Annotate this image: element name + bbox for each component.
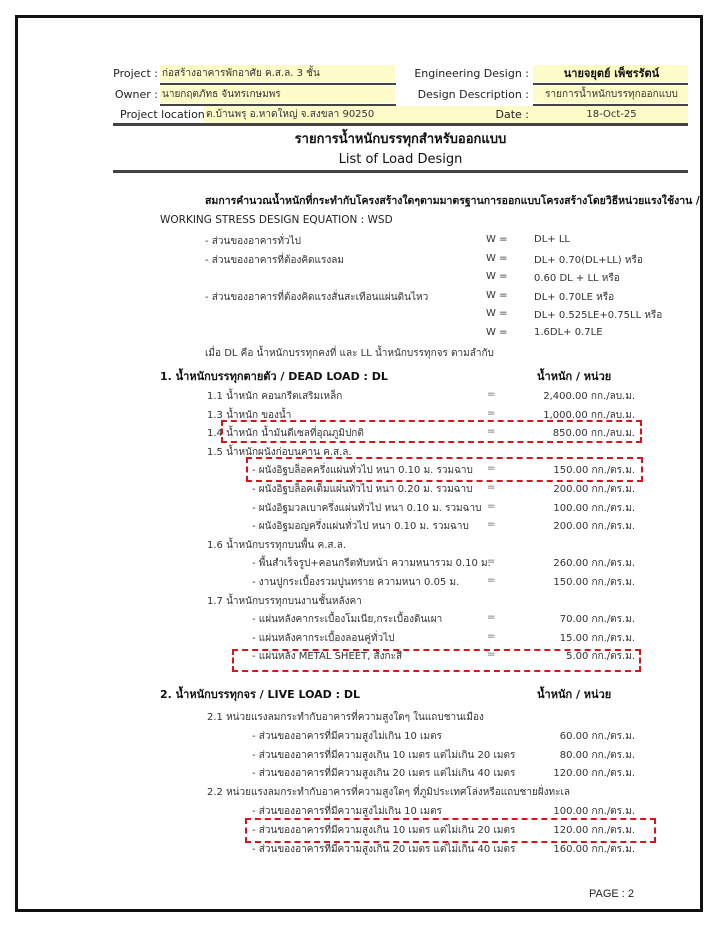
engineer-label: Engineering Design : [400,67,529,80]
equation-lhs: W = [486,308,507,319]
equals-sign: = [487,612,495,623]
equals-sign: = [487,408,495,419]
live-load-item: - ส่วนของอาคารที่มีความสูงเกิน 20 เมตร แ… [252,842,515,857]
dead-load-item: - งานปูกระเบื้องรวมปูนทราย ความหนา 0.05 … [252,575,459,590]
live-load-value: 120.00 กก./ตร.ม. [500,766,635,781]
dead-load-value: 150.00 กก./ตร.ม. [500,575,635,590]
dead-load-value: 2,400.00 กก./ลบ.ม. [500,389,635,404]
dead-load-unit-heading: น้ำหนัก / หน่วย [537,367,611,385]
live-load-heading: 2. น้ำหนักบรรทุกจร / LIVE LOAD : DL [160,685,360,703]
dead-load-value: 200.00 กก./ตร.ม. [500,519,635,534]
equation-rhs: 1.6DL+ 0.7LE [534,327,603,338]
equation-description: - ส่วนของอาคารที่ต้องคิดแรงสั่นสะเทือนแผ… [205,290,428,305]
description-value: รายการน้ำหนักบรรทุกออกแบบ [533,86,688,103]
project-label: Project : [108,67,158,80]
equation-lhs: W = [486,327,507,338]
dead-load-value: 200.00 กก./ตร.ม. [500,482,635,497]
dead-load-item: - ผนังอิฐมอญครึ่งแผ่นทั่วไป หนา 0.10 ม. … [252,519,469,534]
live-load-item: 2.1 หน่วยแรงลมกระทำกับอาคารที่ความสูงใดๆ… [207,710,484,725]
highlight-box-diesel [221,420,642,443]
live-load-item: - ส่วนของอาคารที่มีความสูงไม่เกิน 10 เมต… [252,729,442,744]
dead-load-item: - ผนังอิฐบล็อคเต็มแผ่นทั่วไป หนา 0.20 ม.… [252,482,472,497]
live-load-value: 60.00 กก./ตร.ม. [500,729,635,744]
description-label: Design Description : [400,88,529,101]
highlight-box-wind-10-20m [245,818,656,843]
engineer-underline [533,83,688,85]
dead-load-item: 1.1 น้ำหนัก คอนกรีตเสริมเหล็ก [207,389,342,404]
dead-load-value: 100.00 กก./ตร.ม. [500,501,635,516]
equation-lhs: W = [486,253,507,264]
live-load-item: - ส่วนของอาคารที่มีความสูงไม่เกิน 10 เมต… [252,804,442,819]
definition-note: เมื่อ DL คือ น้ำหนักบรรทุกคงที่ และ LL น… [205,346,494,361]
dead-load-item: - แผ่นหลังคากระเบื้องลอนคู่ทั่วไป [252,631,395,646]
equals-sign: = [487,501,495,512]
dead-load-item: - ผนังอิฐมวลเบาครึ่งแผ่นทั่วไป หนา 0.10 … [252,501,481,516]
equals-sign: = [487,519,495,530]
title-divider [113,170,688,173]
title-english: List of Load Design [113,152,688,167]
dead-load-heading: 1. น้ำหนักบรรทุกตายตัว / DEAD LOAD : DL [160,367,388,385]
dead-load-item: - แผ่นหลังคากระเบื้องโมเนีย,กระเบื้องดิน… [252,612,442,627]
equals-sign: = [487,575,495,586]
equation-rhs: DL+ LL [534,234,570,245]
dead-load-item: - พื้นสำเร็จรูป+คอนกรีตทับหน้า ความหนารว… [252,556,491,571]
owner-value: นายกฤตภัทธ จันทรเกษมพร [160,86,395,103]
equation-rhs: DL+ 0.70(DL+LL) หรือ [534,253,643,268]
header-divider [113,123,688,126]
owner-label: Owner : [108,88,158,101]
location-label: Project location : [120,108,212,121]
live-load-value: 80.00 กก./ตร.ม. [500,748,635,763]
live-load-unit-heading: น้ำหนัก / หน่วย [537,685,611,703]
live-load-item: - ส่วนของอาคารที่มีความสูงเกิน 20 เมตร แ… [252,766,515,781]
intro-english: WORKING STRESS DESIGN EQUATION : WSD [160,214,393,226]
equation-rhs: 0.60 DL + LL หรือ [534,271,620,286]
live-load-value: 100.00 กก./ตร.ม. [500,804,635,819]
highlight-box-metal-sheet [232,649,641,672]
intro-thai: สมการคำนวณน้ำหนักที่กระทำกับโครงสร้างใดๆ… [205,192,700,209]
equals-sign: = [487,482,495,493]
equation-rhs: DL+ 0.525LE+0.75LL หรือ [534,308,662,323]
highlight-box-block-wall [246,457,643,482]
project-value: ก่อสร้างอาคารพักอาศัย ค.ส.ล. 3 ชั้น [160,65,395,82]
live-load-value: 160.00 กก./ตร.ม. [500,842,635,857]
dead-load-value: 260.00 กก./ตร.ม. [500,556,635,571]
date-value: 18-Oct-25 [533,106,688,123]
equation-description: - ส่วนของอาคารที่ต้องคิดแรงลม [205,253,344,268]
equation-lhs: W = [486,271,507,282]
date-label: Date : [470,108,529,121]
equals-sign: = [487,556,495,567]
equation-lhs: W = [486,290,507,301]
page-number: PAGE : 2 [589,888,634,900]
equals-sign: = [487,631,495,642]
equation-lhs: W = [486,234,507,245]
project-underline [160,83,396,85]
title-thai: รายการน้ำหนักบรรทุกสำหรับออกแบบ [113,128,688,149]
engineer-value: นายจยุตย์ เพ็ชรรัตน์ [533,65,688,82]
equation-description: - ส่วนของอาคารทั่วไป [205,234,301,249]
live-load-item: - ส่วนของอาคารที่มีความสูงเกิน 10 เมตร แ… [252,748,515,763]
dead-load-item: 1.6 น้ำหนักบรรทุกบนพื้น ค.ส.ล. [207,538,346,553]
dead-load-value: 15.00 กก./ตร.ม. [500,631,635,646]
equals-sign: = [487,389,495,400]
dead-load-item: 1.7 น้ำหนักบรรทุกบนงานชั้นหลังคา [207,594,362,609]
dead-load-value: 70.00 กก./ตร.ม. [500,612,635,627]
equation-rhs: DL+ 0.70LE หรือ [534,290,614,305]
live-load-item: 2.2 หน่วยแรงลมกระทำกับอาคารที่ความสูงใดๆ… [207,785,570,800]
